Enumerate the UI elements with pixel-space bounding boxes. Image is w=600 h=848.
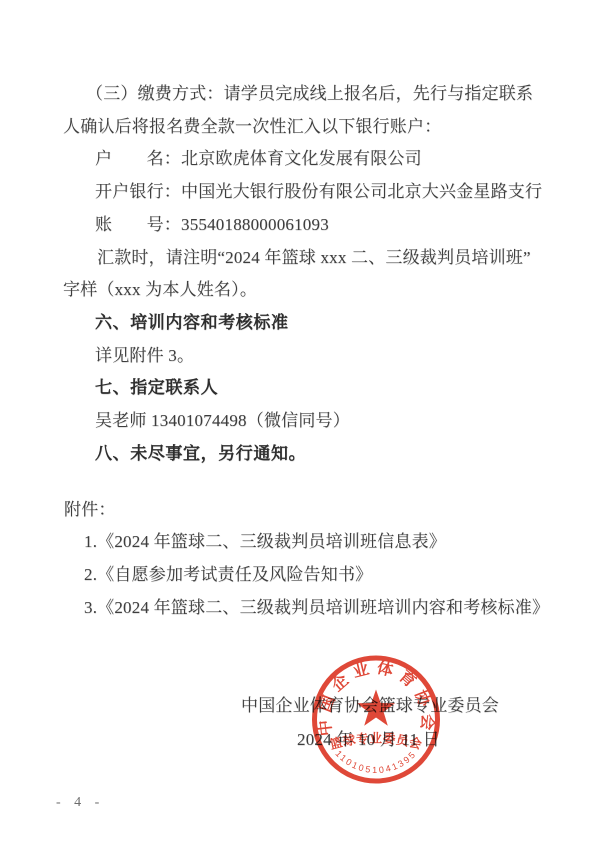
section-7-body: 吴老师 13401074498（微信同号）: [95, 411, 350, 431]
attachment-item-1: 1.《2024 年篮球二、三级裁判员培训班信息表》: [84, 532, 446, 552]
attachment-item-3: 3.《2024 年篮球二、三级裁判员培训班培训内容和考核标准》: [84, 598, 549, 618]
account-name-value: 北京欧虎体育文化发展有限公司: [181, 149, 422, 168]
svg-text:篮球专业委员会: 篮球专业委员会: [328, 731, 424, 752]
remit-note-line-1: 汇款时，请注明“2024 年篮球 xxx 二、三级裁判员培训班”: [97, 248, 531, 268]
account-number-label: 账 号：: [95, 215, 181, 234]
account-name-row: 户 名：北京欧虎体育文化发展有限公司: [95, 149, 422, 169]
bank-value: 中国光大银行股份有限公司北京大兴金星路支行: [181, 182, 542, 201]
seal-banner-text: 篮球专业委员会: [328, 731, 424, 752]
account-number-row: 账 号：35540188000061093: [95, 215, 329, 235]
page-number: - 4 -: [56, 795, 104, 811]
payment-method-line-1: （三）缴费方式：请学员完成线上报名后，先行与指定联系: [86, 84, 533, 104]
account-name-label: 户 名：: [95, 149, 181, 168]
section-8-heading: 八、未尽事宜，另行通知。: [95, 444, 306, 464]
bank-label: 开户银行：: [95, 182, 181, 201]
seal-star-icon: [357, 690, 395, 726]
section-6-heading: 六、培训内容和考核标准: [95, 313, 289, 333]
section-7-heading: 七、指定联系人: [95, 378, 218, 398]
account-number-value: 35540188000061093: [181, 215, 329, 234]
payment-method-line-2: 人确认后将报名费全款一次性汇入以下银行账户：: [63, 117, 441, 137]
attachment-item-2: 2.《自愿参加考试责任及风险告知书》: [84, 565, 372, 585]
attachments-label: 附件：: [64, 500, 116, 520]
bank-row: 开户银行：中国光大银行股份有限公司北京大兴金星路支行: [95, 182, 542, 202]
remit-note-line-2: 字样（xxx 为本人姓名）。: [63, 280, 257, 300]
official-seal: 中国企业体育协会 篮球专业委员会 1101051041395: [309, 651, 443, 789]
section-6-body: 详见附件 3。: [95, 346, 194, 366]
document-page: （三）缴费方式：请学员完成线上报名后，先行与指定联系 人确认后将报名费全款一次性…: [0, 0, 600, 848]
